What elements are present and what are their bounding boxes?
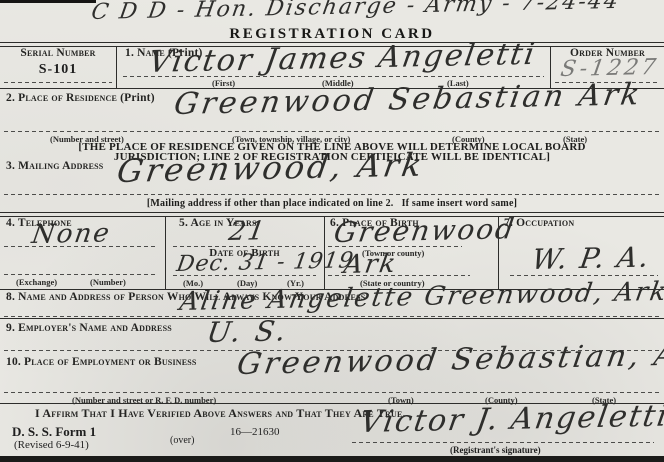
dotted-line xyxy=(4,82,112,83)
serial-number-cell: Serial Number S-101 xyxy=(0,46,116,88)
stock-number: 16—21630 xyxy=(230,426,280,438)
residence-handwritten-value: Greenwood Sebastian Ark xyxy=(172,80,638,120)
birth-state-handwritten-value: Ark xyxy=(342,251,399,278)
age-handwritten-value: 21 xyxy=(227,218,268,245)
row-place-of-employment: 10. Place of Employment or Business Gree… xyxy=(0,354,664,403)
dotted-line xyxy=(4,131,660,132)
telephone-cell: 4. Telephone None (Exchange) (Number) xyxy=(0,216,165,289)
employment-sub-street: (Number and street or R. F. D. number) xyxy=(72,395,216,405)
telephone-handwritten-value: None xyxy=(30,220,113,248)
residence-label: 2. Place of Residence (Print) xyxy=(6,92,155,104)
row-mailing-address: 3. Mailing Address Greenwood, Ark [Maili… xyxy=(0,157,664,211)
telephone-sub-exchange: (Exchange) xyxy=(16,277,57,287)
name-handwritten-value: Victor James Angeletti xyxy=(142,40,543,78)
serial-number-value: S-101 xyxy=(0,62,116,78)
affirmation-text: I Affirm That I Have Verified Above Answ… xyxy=(35,406,406,421)
telephone-sub-number: (Number) xyxy=(90,277,126,287)
mailing-label: 3. Mailing Address xyxy=(6,160,103,172)
top-handwritten-note: C D D - Hon. Discharge - Army - 7-24-44 xyxy=(88,0,623,24)
registrant-signature-label: (Registrant's signature) xyxy=(450,445,541,455)
dotted-line xyxy=(4,316,660,317)
row-place-of-residence: 2. Place of Residence (Print) Greenwood … xyxy=(0,90,664,156)
scan-bottom-edge xyxy=(0,456,664,462)
occupation-handwritten-value: W. P. A. xyxy=(530,244,653,274)
scan-edge-mark xyxy=(0,0,96,3)
employer-label: 9. Employer's Name and Address xyxy=(6,322,172,334)
birth-town-handwritten-value: Greenwood xyxy=(332,215,518,247)
date-of-birth-handwritten-value: Dec. 31 - 1919 xyxy=(175,251,319,276)
employment-handwritten-value: Greenwood Sebastian, Ark xyxy=(235,341,651,380)
mailing-note: [Mailing address if other than place ind… xyxy=(0,198,664,209)
dotted-line xyxy=(4,274,155,275)
dotted-line xyxy=(352,442,654,443)
registration-card-scan: C D D - Hon. Discharge - Army - 7-24-44 … xyxy=(0,0,664,462)
dotted-line xyxy=(4,392,660,393)
dotted-line xyxy=(4,194,660,195)
rule-row8-bottom xyxy=(0,318,664,319)
row-contact-person: 8. Name and Address of Person Who Will A… xyxy=(0,291,664,318)
over-note: (over) xyxy=(170,435,194,446)
form-number: D. S. S. Form 1 xyxy=(12,424,96,440)
residence-label-suffix: (Print) xyxy=(120,92,155,104)
residence-label-text: 2. Place of Residence xyxy=(6,92,117,104)
form-revision: (Revised 6-9-41) xyxy=(14,439,89,451)
row-footer: D. S. S. Form 1 (Revised 6-9-41) (over) … xyxy=(0,420,664,456)
serial-number-label: Serial Number xyxy=(0,47,116,59)
employer-handwritten-value: U. S. xyxy=(205,317,291,347)
mailing-handwritten-value: Greenwood, Ark xyxy=(115,149,427,187)
registrant-signature: Victor J. Angeletti xyxy=(358,402,654,438)
place-of-birth-cell: 6. Place of Birth Greenwood (Town or cou… xyxy=(324,216,498,289)
age-cell: 5. Age in Years 21 Date of Birth Dec. 31… xyxy=(165,216,324,289)
employment-label: 10. Place of Employment or Business xyxy=(6,356,197,368)
